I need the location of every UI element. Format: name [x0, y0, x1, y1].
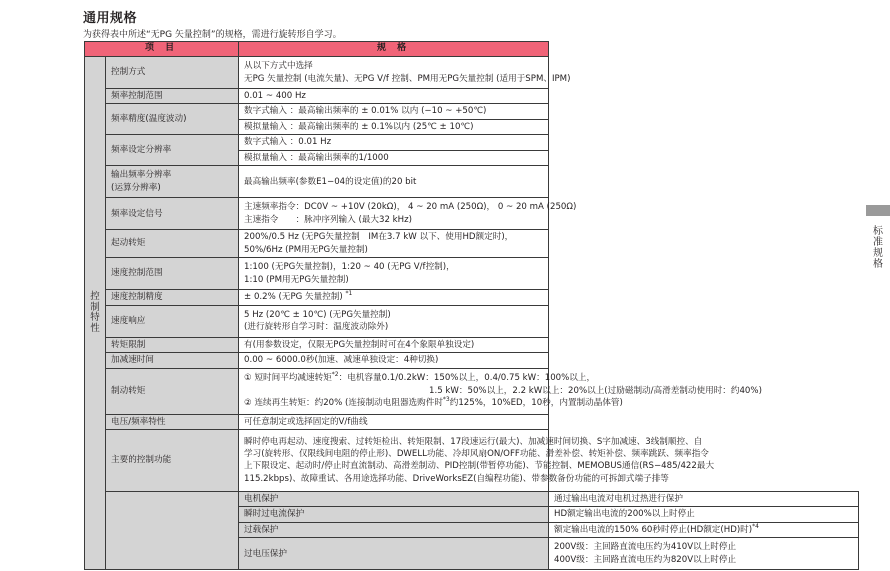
row-label: 输出频率分辨率 (运算分辨率) [106, 166, 239, 198]
row-value: 5 Hz (20℃ ± 10℃) (无PG矢量控制) (进行旋转形自学习时：温度… [239, 305, 549, 337]
row-value: 额定输出电流的150% 60秒时停止(HD额定(HD)时)*4 [549, 522, 859, 537]
row-label: 频率设定分辨率 [106, 135, 239, 166]
row-label: 制动转矩 [106, 368, 239, 414]
section-side-label: 标 准 规 格 [873, 226, 885, 270]
row-value: ① 短时间平均减速转矩*2：电机容量0.1/0.2kW：150%以上，0.4/0… [239, 368, 549, 414]
row-label: 转矩限制 [106, 337, 239, 352]
row-label: 电机保护 [239, 491, 549, 506]
row-label: 速度控制精度 [106, 290, 239, 305]
header-spec: 规 格 [239, 42, 549, 57]
table-row: 频率设定分辨率 数字式输入 ：0.01 Hz [85, 135, 859, 150]
row-value: 最高输出频率(参数E1−04的设定值)的20 bit [239, 166, 549, 198]
table-header-row: 项 目 规 格 [85, 42, 859, 57]
group-label-control: 控 制 特 性 [85, 57, 106, 570]
row-value: 1:100 (无PG矢量控制)，1:20 ~ 40 (无PG V/f控制)， 1… [239, 258, 549, 290]
spec-table: 项 目 规 格 控 制 特 性 控制方式 从以下方式中选择 无PG 矢量控制 (… [84, 41, 859, 570]
row-label: 控制方式 [106, 57, 239, 89]
footnote-marker: *4 [752, 523, 759, 530]
row-label: 频率设定信号 [106, 198, 239, 230]
row-value: 200%/0.5 Hz (无PG矢量控制 IM在3.7 kW 以下、使用HD额定… [239, 230, 549, 258]
row-label: 电压/频率特性 [106, 414, 239, 429]
page-title: 通用规格 [83, 7, 137, 26]
row-label: 频率精度(温度波动) [106, 104, 239, 135]
row-value: 模拟量输入 ：最高输出频率的1/1000 [239, 150, 549, 165]
row-label: 频率控制范围 [106, 89, 239, 104]
row-value: 数字式输入 ：最高输出频率的 ± 0.01% 以内 (−10 ~ +50℃) [239, 104, 549, 119]
footnote-marker: *1 [346, 290, 353, 297]
row-value: 模拟量输入 ：最高输出频率的 ± 0.1%以内 (25℃ ± 10℃) [239, 119, 549, 134]
table-row: 速度响应 5 Hz (20℃ ± 10℃) (无PG矢量控制) (进行旋转形自学… [85, 305, 859, 337]
footnote-marker: *3 [443, 396, 450, 403]
row-label: 速度控制范围 [106, 258, 239, 290]
row-value: 可任意制定或选择固定的V/f曲线 [239, 414, 549, 429]
row-value: HD额定输出电流的200%以上时停止 [549, 507, 859, 522]
row-label: 速度响应 [106, 305, 239, 337]
row-value: 从以下方式中选择 无PG 矢量控制 (电流矢量)、无PG V/f 控制、PM用无… [239, 57, 549, 89]
header-item: 项 目 [85, 42, 239, 57]
row-label: 瞬时过电流保护 [239, 507, 549, 522]
row-value: 主速频率指令：DC0V ~ +10V (20kΩ)， 4 ~ 20 mA (25… [239, 198, 549, 230]
table-row: 频率设定信号 主速频率指令：DC0V ~ +10V (20kΩ)， 4 ~ 20… [85, 198, 859, 230]
row-value: 数字式输入 ：0.01 Hz [239, 135, 549, 150]
table-row: 电压/频率特性 可任意制定或选择固定的V/f曲线 [85, 414, 859, 429]
table-row: 起动转矩 200%/0.5 Hz (无PG矢量控制 IM在3.7 kW 以下、使… [85, 230, 859, 258]
table-row: 加减速时间 0.00 ~ 6000.0秒(加速、减速单独设定：4种切换) [85, 353, 859, 368]
table-row: 速度控制范围 1:100 (无PG矢量控制)，1:20 ~ 40 (无PG V/… [85, 258, 859, 290]
table-row: 控 制 特 性 控制方式 从以下方式中选择 无PG 矢量控制 (电流矢量)、无P… [85, 57, 859, 89]
group-label-protection [106, 491, 239, 569]
table-row: 频率精度(温度波动) 数字式输入 ：最高输出频率的 ± 0.01% 以内 (−1… [85, 104, 859, 119]
table-row: 速度控制精度 ± 0.2% (无PG 矢量控制) *1 [85, 290, 859, 305]
table-row: 频率控制范围 0.01 ~ 400 Hz [85, 89, 859, 104]
row-value: 200V级：主回路直流电压约为410V以上时停止 400V级：主回路直流电压约为… [549, 538, 859, 570]
row-label: 加减速时间 [106, 353, 239, 368]
table-row: 主要的控制功能 瞬时停电再起动、速度搜索、过转矩检出、转矩限制、17段速运行(最… [85, 429, 859, 491]
row-value: ± 0.2% (无PG 矢量控制) *1 [239, 290, 549, 305]
row-label: 过载保护 [239, 522, 549, 537]
row-label: 主要的控制功能 [106, 429, 239, 491]
row-value: 0.00 ~ 6000.0秒(加速、减速单独设定：4种切换) [239, 353, 549, 368]
row-value: 有(用参数设定，仅限无PG矢量控制时可在4个象限单独设定) [239, 337, 549, 352]
table-row: 转矩限制 有(用参数设定，仅限无PG矢量控制时可在4个象限单独设定) [85, 337, 859, 352]
page-subtitle: 为获得表中所述“无PG 矢量控制”的规格，需进行旋转形自学习。 [83, 27, 342, 40]
table-row: 输出频率分辨率 (运算分辨率) 最高输出频率(参数E1−04的设定值)的20 b… [85, 166, 859, 198]
row-label: 起动转矩 [106, 230, 239, 258]
table-row: 制动转矩 ① 短时间平均减速转矩*2：电机容量0.1/0.2kW：150%以上，… [85, 368, 859, 414]
row-label: 过电压保护 [239, 538, 549, 570]
footnote-marker: *2 [332, 371, 339, 378]
row-value: 0.01 ~ 400 Hz [239, 89, 549, 104]
row-value: 瞬时停电再起动、速度搜索、过转矩检出、转矩限制、17段速运行(最大)、加减速时间… [239, 429, 549, 491]
section-tab-marker [866, 205, 890, 216]
table-row: 电机保护 通过输出电流对电机过热进行保护 [85, 491, 859, 506]
row-value: 通过输出电流对电机过热进行保护 [549, 491, 859, 506]
